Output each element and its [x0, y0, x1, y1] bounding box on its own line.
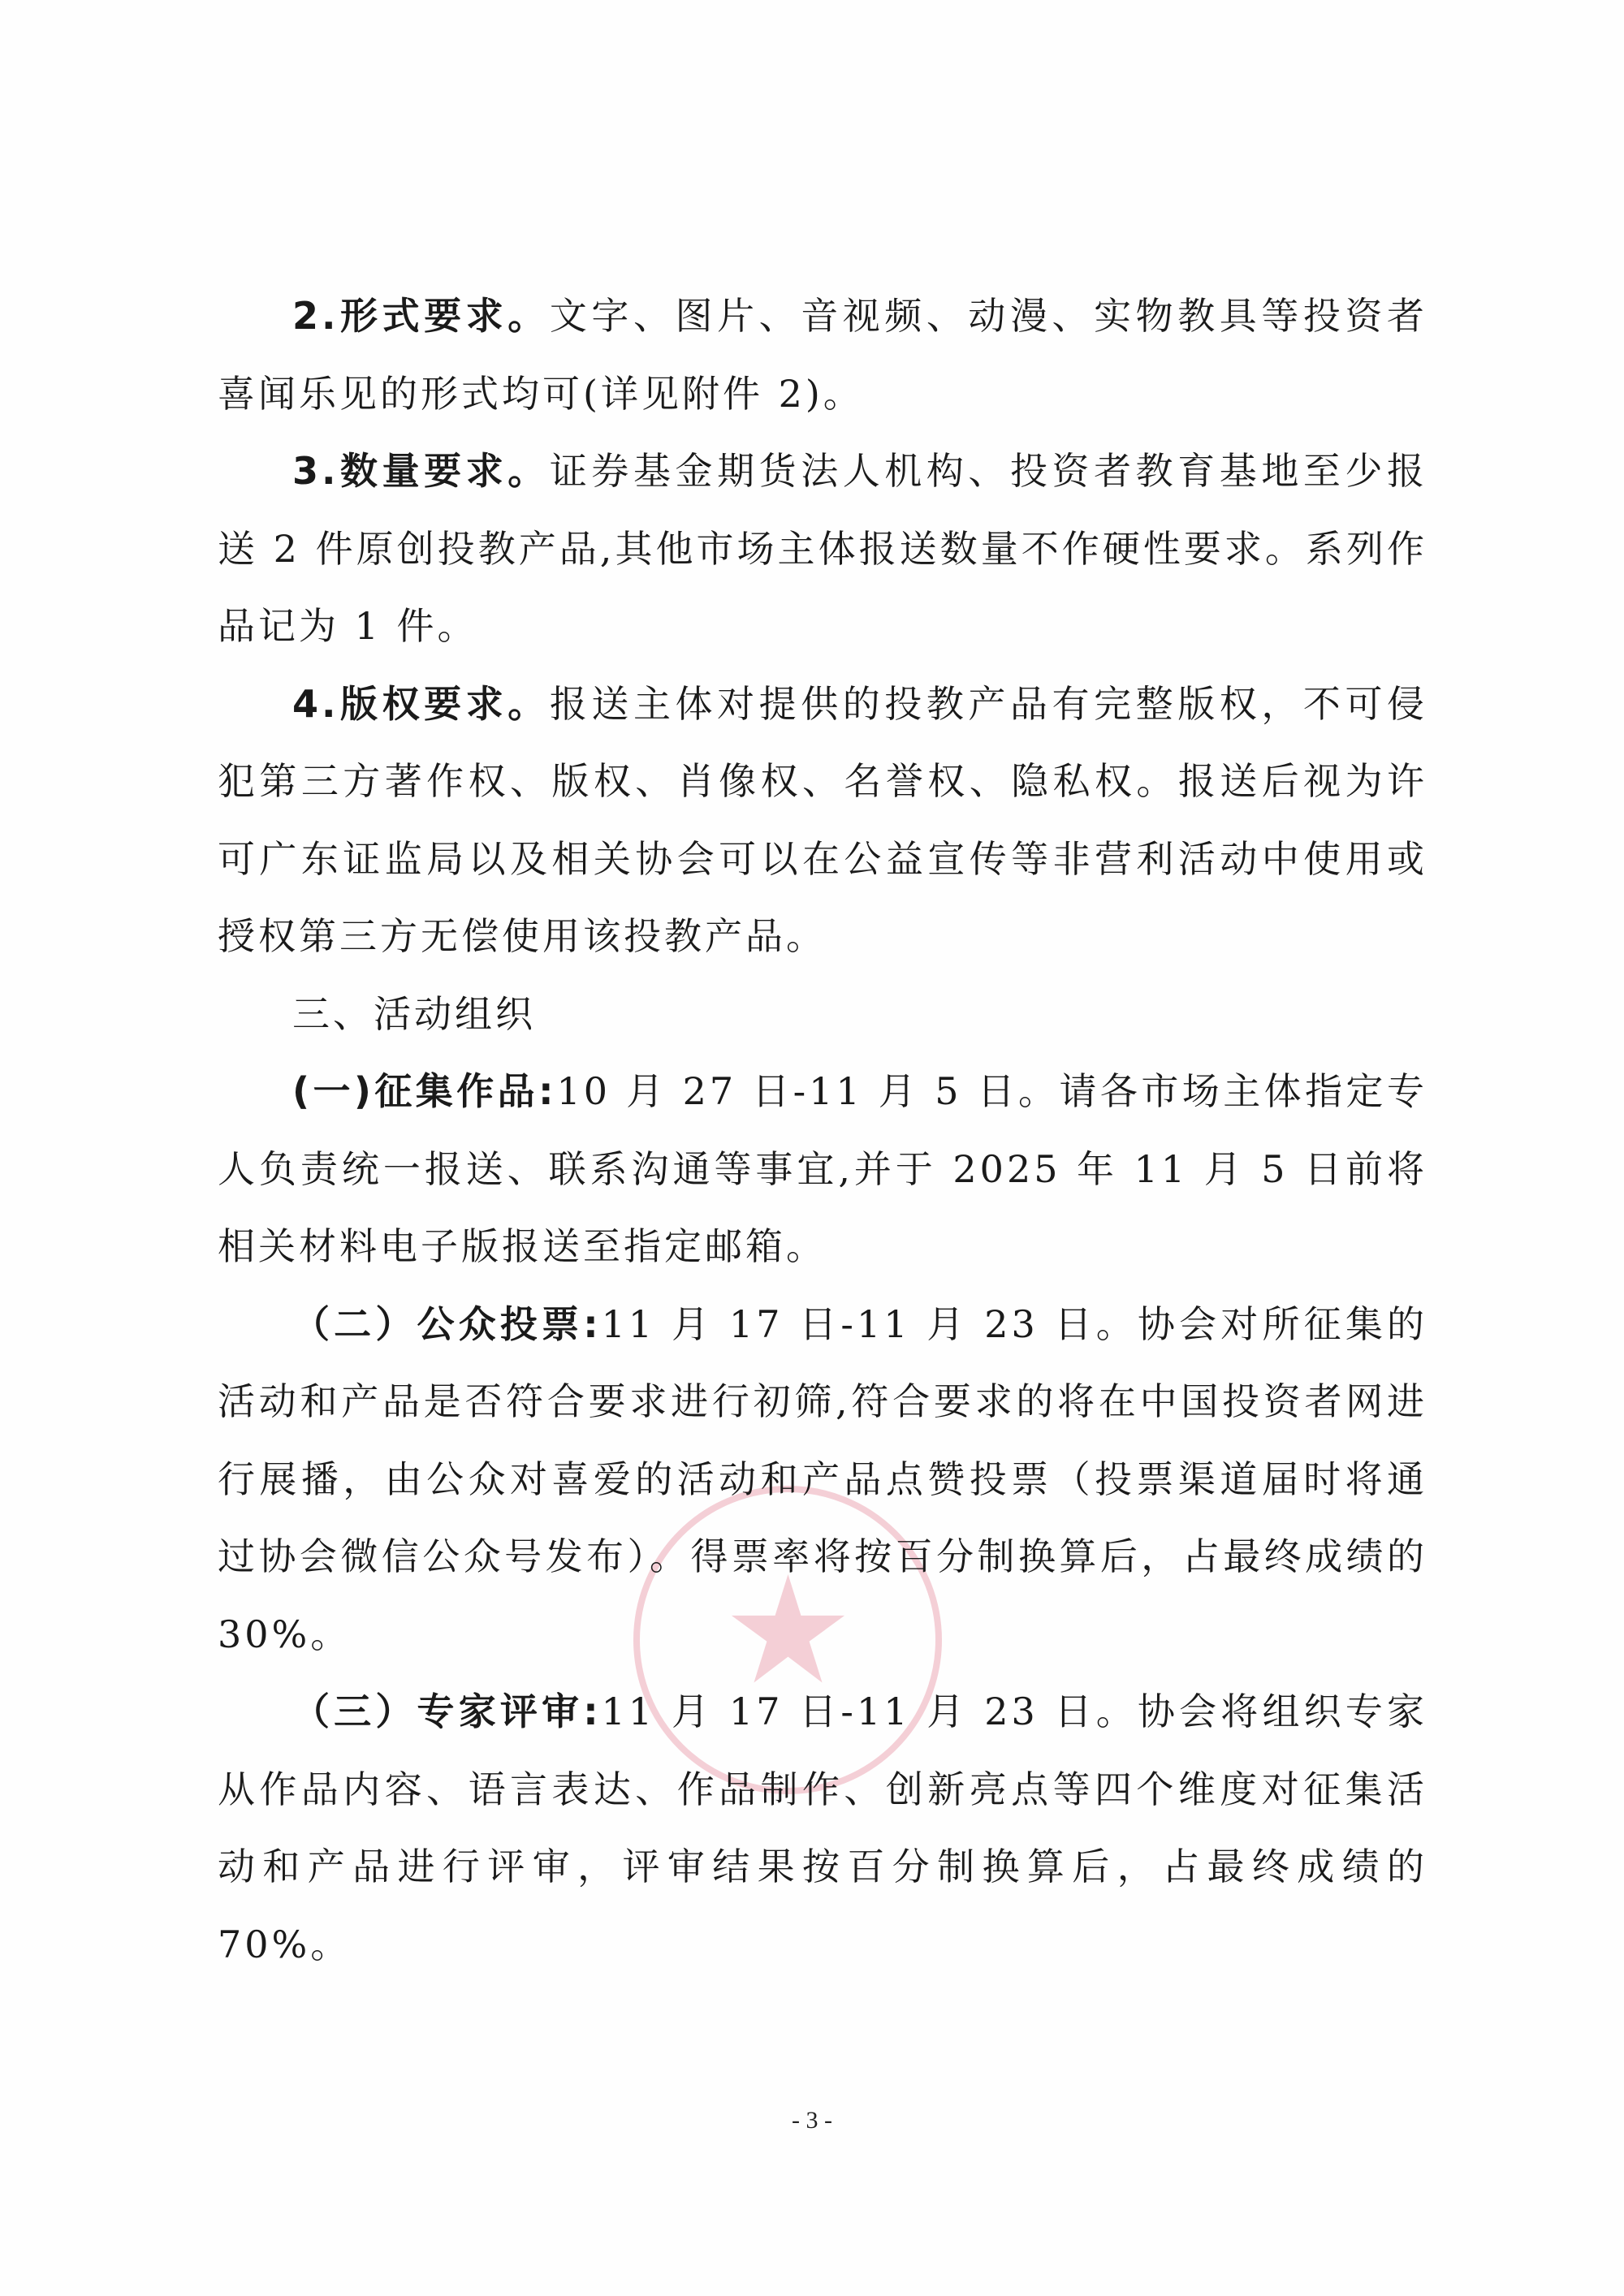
copyright-requirement-label: 4.版权要求。	[292, 682, 550, 726]
document-body: 2.形式要求。文字、图片、音视频、动漫、实物教具等投资者喜闻乐见的形式均可(详见…	[218, 278, 1427, 1983]
public-voting-text: 11 月 17 日-11 月 23 日。协会对所征集的活动和产品是否符合要求进行…	[218, 1302, 1427, 1656]
document-page: 2.形式要求。文字、图片、音视频、动漫、实物教具等投资者喜闻乐见的形式均可(详见…	[0, 0, 1624, 2296]
section-heading-activity-organization: 三、活动组织	[218, 976, 1427, 1054]
quantity-requirement-label: 3.数量要求。	[292, 449, 550, 493]
paragraph-collect-works: (一)征集作品:10 月 27 日-11 月 5 日。请各市场主体指定专人负责统…	[218, 1053, 1427, 1286]
paragraph-copyright-requirement: 4.版权要求。报送主体对提供的投教产品有完整版权，不可侵犯第三方著作权、版权、肖…	[218, 666, 1427, 976]
paragraph-expert-review: （三）专家评审:11 月 17 日-11 月 23 日。协会将组织专家从作品内容…	[218, 1673, 1427, 1983]
paragraph-quantity-requirement: 3.数量要求。证券基金期货法人机构、投资者教育基地至少报送 2 件原创投教产品,…	[218, 433, 1427, 666]
format-requirement-label: 2.形式要求。	[292, 294, 550, 338]
paragraph-format-requirement: 2.形式要求。文字、图片、音视频、动漫、实物教具等投资者喜闻乐见的形式均可(详见…	[218, 278, 1427, 433]
collect-works-label: (一)征集作品:	[292, 1069, 557, 1113]
paragraph-public-voting: （二）公众投票:11 月 17 日-11 月 23 日。协会对所征集的活动和产品…	[218, 1286, 1427, 1674]
expert-review-label: （三）专家评审:	[292, 1690, 602, 1733]
public-voting-label: （二）公众投票:	[292, 1302, 602, 1346]
page-number: - 3 -	[0, 2107, 1624, 2134]
